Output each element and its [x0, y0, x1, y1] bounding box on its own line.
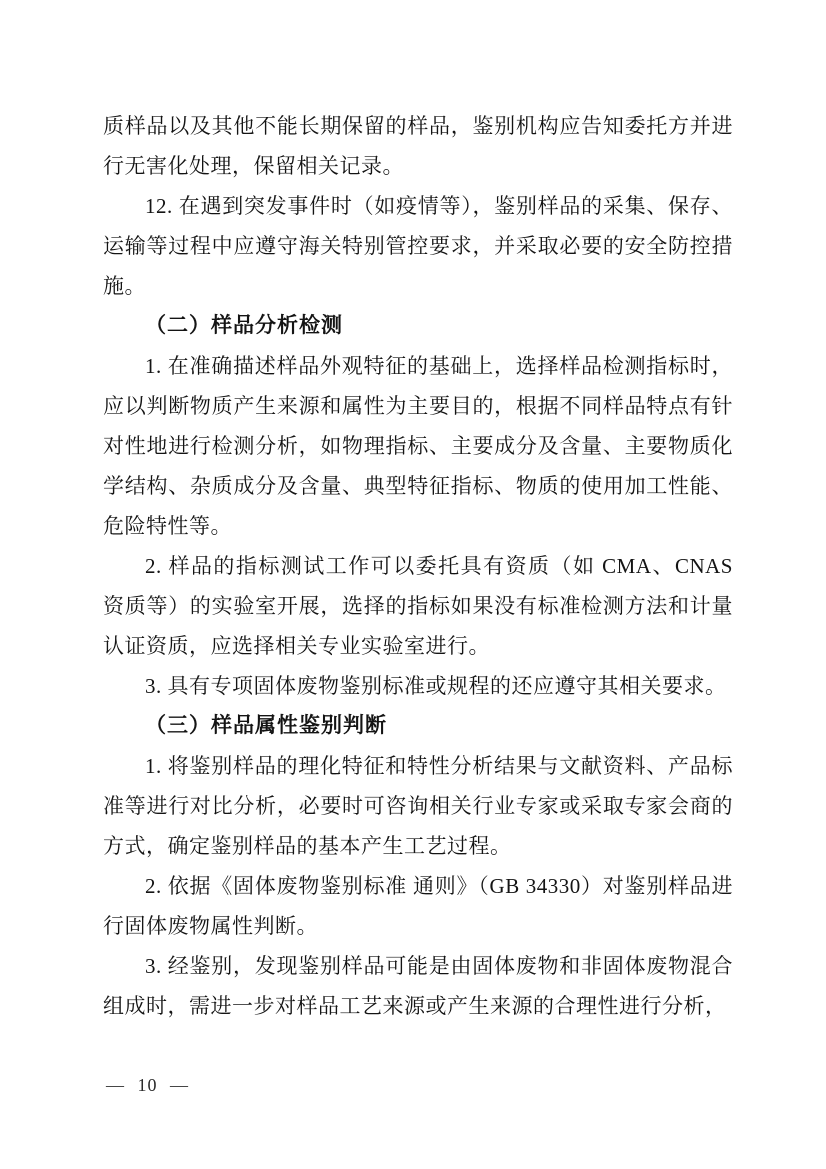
page-body-text: 质样品以及其他不能长期保留的样品，鉴别机构应告知委托方并进行无害化处理，保留相关… — [103, 106, 733, 1026]
paragraph-judgment-item-3: 3. 经鉴别，发现鉴别样品可能是由固体废物和非固体废物混合组成时，需进一步对样品… — [103, 946, 733, 1026]
paragraph-analysis-item-1: 1. 在准确描述样品外观特征的基础上，选择样品检测指标时，应以判断物质产生来源和… — [103, 346, 733, 546]
document-page: 质样品以及其他不能长期保留的样品，鉴别机构应告知委托方并进行无害化处理，保留相关… — [0, 0, 826, 1169]
paragraph-analysis-item-2: 2. 样品的指标测试工作可以委托具有资质（如 CMA、CNAS 资质等）的实验室… — [103, 546, 733, 666]
paragraph-judgment-item-2: 2. 依据《固体废物鉴别标准 通则》（GB 34330）对鉴别样品进行固体废物属… — [103, 866, 733, 946]
section-heading-attribute-judgment: （三）样品属性鉴别判断 — [103, 706, 733, 746]
paragraph-analysis-item-3: 3. 具有专项固体废物鉴别标准或规程的还应遵守其相关要求。 — [103, 666, 733, 706]
section-heading-sample-analysis: （二）样品分析检测 — [103, 306, 733, 346]
paragraph-continuation: 质样品以及其他不能长期保留的样品，鉴别机构应告知委托方并进行无害化处理，保留相关… — [103, 106, 733, 186]
paragraph-judgment-item-1: 1. 将鉴别样品的理化特征和特性分析结果与文献资料、产品标准等进行对比分析，必要… — [103, 746, 733, 866]
paragraph-item-12: 12. 在遇到突发事件时（如疫情等），鉴别样品的采集、保存、运输等过程中应遵守海… — [103, 186, 733, 306]
page-number: — 10 — — [106, 1072, 189, 1098]
